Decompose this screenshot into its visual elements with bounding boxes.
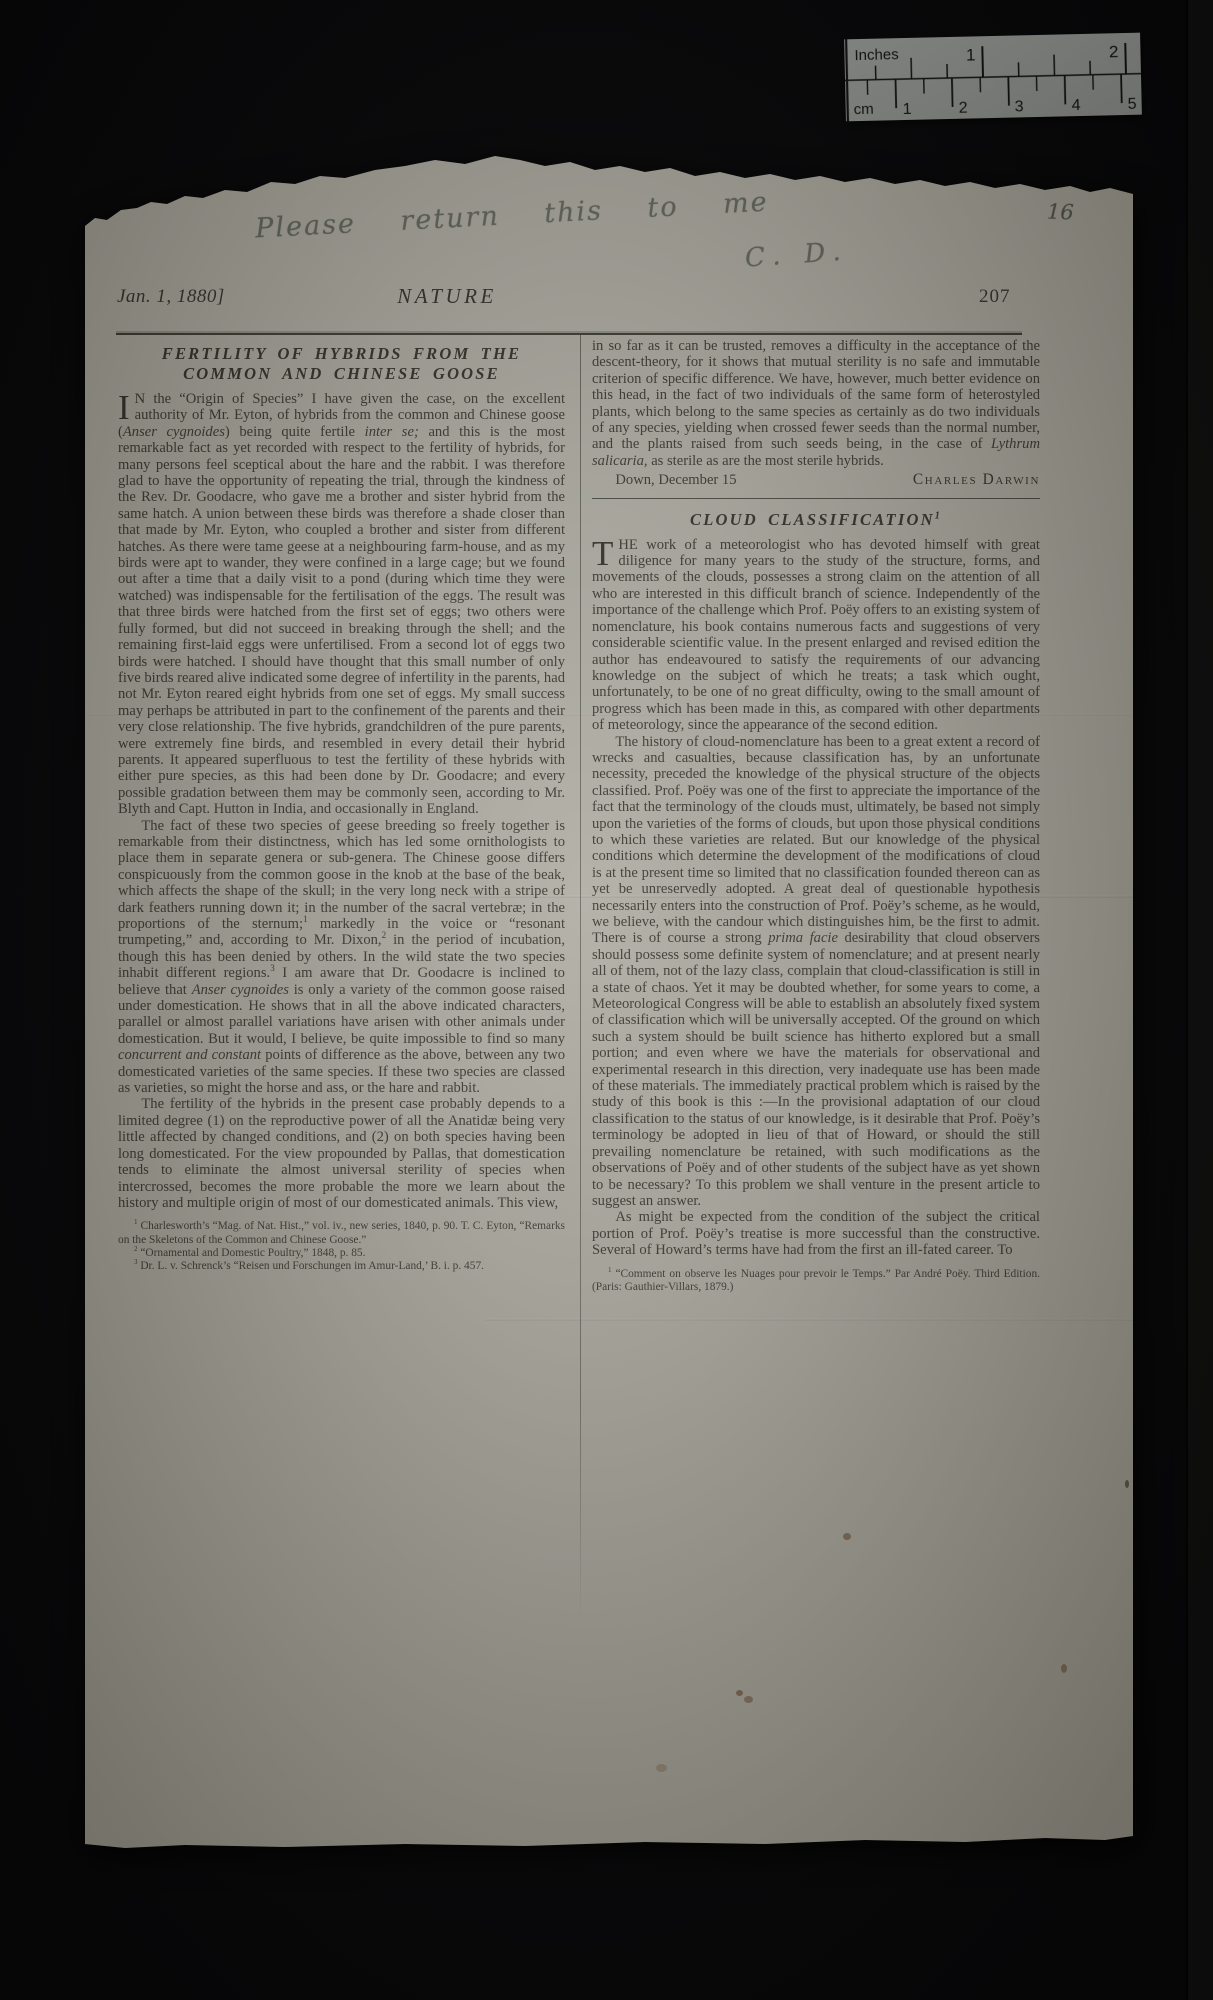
article-title-line2: COMMON AND CHINESE GOOSE	[183, 364, 500, 383]
stain-spot	[744, 1696, 753, 1703]
drop-cap: I	[118, 391, 135, 422]
ruler-inch-number: 1	[966, 45, 976, 64]
drop-cap: T	[592, 537, 618, 568]
footnote: 3 Dr. L. v. Schrenck’s “Reisen und Forsc…	[118, 1260, 565, 1273]
article-continuation: in so far as it can be trusted, removes …	[592, 338, 1040, 469]
footnote: 1 “Comment on observe les Nuages pour pr…	[592, 1268, 1040, 1294]
italic-text: prima facie	[768, 930, 838, 946]
paragraph: in so far as it can be trusted, removes …	[592, 338, 1040, 469]
masthead-rule	[116, 333, 1022, 335]
pencil-note: Please return this to me	[255, 187, 770, 245]
paragraph: The history of cloud-nomenclature has be…	[592, 734, 1040, 1210]
book-spine-edge	[1186, 0, 1213, 2000]
italic-text: Lythrum salicaria,	[592, 436, 1040, 468]
page-number: 207	[979, 286, 1011, 308]
pencil-initials: C. D.	[744, 236, 850, 273]
paragraph: THE work of a meteorologist who has devo…	[592, 537, 1040, 734]
footnote-marker: 2	[134, 1245, 138, 1253]
footnotes-left: 1 Charlesworth’s “Mag. of Nat. Hist.,” v…	[118, 1220, 565, 1273]
article-title-goose: FERTILITY OF HYBRIDS FROM THE COMMON AND…	[118, 344, 565, 384]
footnote-marker: 1	[134, 1219, 138, 1227]
ruler-graphic: Inches 1 2 cm 1 2 3 4 5	[844, 33, 1142, 122]
ruler-cm-label: cm	[854, 101, 874, 118]
ruler-cm-number: 4	[1071, 97, 1080, 114]
journal-page: Please return this to me C. D. 16 Jan. 1…	[85, 148, 1133, 1848]
title-footnote-marker: 1	[935, 510, 942, 521]
article-title-cloud: CLOUD CLASSIFICATION1	[592, 510, 1040, 530]
article-body: THE work of a meteorologist who has devo…	[592, 537, 1040, 1259]
ruler-inch-number: 2	[1109, 42, 1119, 61]
ruler-cm-number: 1	[903, 101, 912, 118]
italic-text: Anser cygnoides	[192, 982, 289, 998]
italic-text: inter se;	[365, 424, 419, 440]
footnote-marker: 1	[303, 914, 308, 924]
page-mark: 16	[1047, 200, 1075, 225]
column-divider	[580, 335, 581, 1625]
article-divider-rule	[592, 498, 1040, 499]
ruler-cm-number: 2	[959, 100, 968, 117]
paragraph: The fertility of the hybrids in the pres…	[118, 1096, 565, 1211]
fold-crease	[485, 1318, 1133, 1321]
footnote-marker: 2	[382, 931, 387, 941]
stain-spot	[736, 1690, 743, 1696]
journal-page-wrapper: Please return this to me C. D. 16 Jan. 1…	[85, 148, 1133, 1848]
right-column: in so far as it can be trusted, removes …	[592, 338, 1040, 1294]
ruler-inches-label: Inches	[854, 46, 899, 64]
measurement-ruler: Inches 1 2 cm 1 2 3 4 5	[844, 33, 1142, 122]
footnote-marker: 3	[134, 1258, 138, 1266]
footnote: 1 Charlesworth’s “Mag. of Nat. Hist.,” v…	[118, 1220, 565, 1246]
left-column: FERTILITY OF HYBRIDS FROM THE COMMON AND…	[118, 344, 565, 1273]
ruler-cm-number: 5	[1127, 96, 1136, 113]
paragraph: The fact of these two species of geese b…	[118, 818, 565, 1097]
journal-title: NATURE	[397, 284, 497, 309]
stain-spot	[1125, 1480, 1129, 1488]
paragraph: As might be expected from the condition …	[592, 1209, 1040, 1258]
stain-spot	[1061, 1664, 1067, 1673]
article-title-line1: FERTILITY OF HYBRIDS FROM THE	[162, 344, 521, 363]
stain-spot	[843, 1533, 851, 1540]
footnote-marker: 1	[608, 1266, 612, 1274]
article-signoff: Down, December 15 Charles Darwin	[592, 472, 1040, 488]
italic-text: Anser cygnoides	[123, 424, 225, 440]
signoff-author: Charles Darwin	[913, 472, 1040, 488]
footnotes-right: 1 “Comment on observe les Nuages pour pr…	[592, 1268, 1040, 1294]
article-body: IN the “Origin of Species” I have given …	[118, 391, 565, 1211]
ruler-cm-number: 3	[1014, 98, 1023, 115]
article-title-text: CLOUD CLASSIFICATION	[690, 510, 935, 529]
footnote-marker: 3	[270, 963, 275, 973]
italic-text: concurrent and constant	[118, 1047, 261, 1063]
stain-spot	[656, 1764, 667, 1772]
footnote: 2 “Ornamental and Domestic Poultry,” 184…	[118, 1247, 565, 1260]
paragraph: IN the “Origin of Species” I have given …	[118, 391, 565, 818]
scanned-document-background: Inches 1 2 cm 1 2 3 4 5 Please return th…	[0, 0, 1213, 2000]
masthead-date: Jan. 1, 1880]	[117, 286, 225, 308]
signoff-place-date: Down, December 15	[615, 472, 736, 488]
